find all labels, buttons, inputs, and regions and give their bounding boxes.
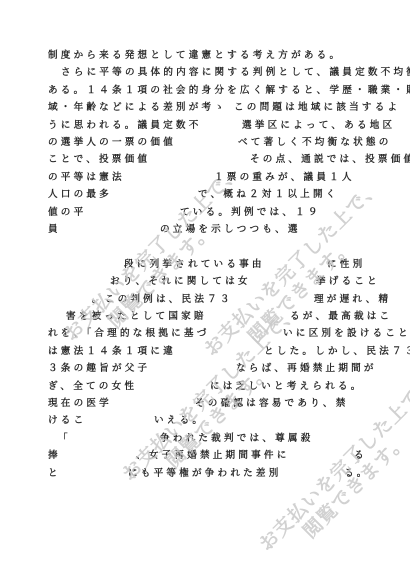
text-line: おり、それに関しては女挙げること: [0, 273, 410, 291]
text-segment: ことで、投票価値: [48, 151, 150, 169]
text-line: 制度から来る発想として違憲とする考え方がある。: [0, 47, 410, 65]
text-segment: ある。１４条１項の社会的身分を広く解すると、学歴・職業・財産・地: [48, 82, 410, 100]
text-segment: と: [48, 465, 61, 483]
text-line: ことで、投票価値その点、通説では、投票価値: [0, 151, 410, 169]
text-segment: 人口の最多: [48, 186, 112, 204]
text-segment: 捧: [48, 447, 61, 465]
text-line: ある。１４条１項の社会的身分を広く解すると、学歴・職業・財産・地: [0, 82, 410, 100]
text-segment: の平等は憲法: [48, 169, 125, 187]
text-line: ３条の趣旨が父子ならば、再婚禁止期間が: [0, 360, 410, 378]
text-segment: 現在の医学: [48, 395, 112, 413]
text-line: の選挙人の一票の価値べて著しく不均衡な状態の: [0, 134, 410, 152]
text-segment: さらに平等の具体的内容に関する判例として、議員定数不均衡問題が: [61, 64, 410, 82]
text-segment: べて著しく不均衡な状態の: [238, 134, 392, 152]
text-segment: その点、通説では、投票価値: [250, 151, 410, 169]
text-segment: 「: [58, 430, 71, 448]
text-line: うに思われる。議員定数不選挙区によって、ある地区: [0, 117, 410, 135]
text-line: 域・年齢などによる差別が考ゝこの問題は地域に該当するよ: [0, 99, 410, 117]
text-segment: は憲法１４条１項に違: [48, 343, 176, 361]
text-segment: ３条の趣旨が父子: [48, 360, 150, 378]
document-page: 制度から来る発想として違憲とする考え方がある。さらに平等の具体的内容に関する判例…: [0, 0, 410, 580]
text-segment: 選挙区によって、ある地区: [242, 117, 395, 135]
text-line: 。この判例は、民法７３理が遅れ、精: [0, 291, 410, 309]
text-segment: うに思われる。議員定数不: [48, 117, 202, 135]
text-line: 害を被ったとして国家賠るが、最高裁はこ: [0, 308, 410, 326]
text-line: さらに平等の具体的内容に関する判例として、議員定数不均衡問題が: [0, 64, 410, 82]
text-segment: 理が遅れ、精: [314, 291, 391, 309]
text-segment: 域・年齢などによる差別が考ゝ: [48, 99, 227, 117]
text-segment: この問題は地域に該当するよ: [234, 99, 400, 117]
text-segment: 制度から来る発想として違憲とする考え方がある。: [48, 47, 342, 65]
text-segment: けるこ: [48, 412, 86, 430]
text-segment: ぎ、全ての女性: [48, 378, 137, 396]
text-segment: の選挙人の一票の価値: [48, 134, 176, 152]
text-segment: 員: [48, 221, 61, 239]
text-segment: 値の平: [48, 204, 86, 222]
